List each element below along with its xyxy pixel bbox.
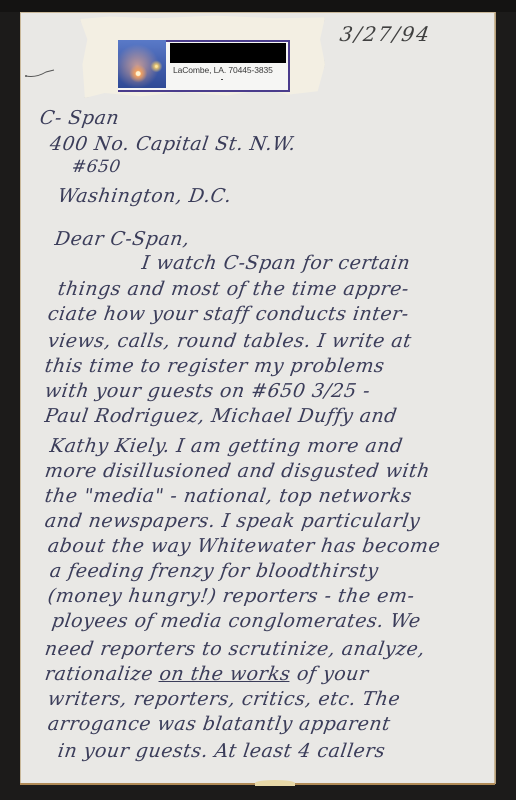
body-line: (money hungry!) reporters - the em- [46,585,416,607]
recipient-suite: #650 [71,157,123,177]
body-line: the "media" - national, top networks [43,485,413,507]
paper-stain [255,780,295,786]
redacted-name [170,43,286,63]
body-line: arrogance was blatantly apparent [46,713,391,735]
body-line: this time to register my problems [43,355,386,377]
body-line: rationalize on the works of your [43,663,370,685]
body-line: a feeding frenzy for bloodthirsty [48,560,380,582]
body-line: ployees of media conglomerates. We [50,610,422,632]
body-text: of your [289,663,370,685]
return-address-city: LaCombe, LA. 70445-3835 [173,65,288,75]
body-line: need reporters to scrutinize, analyze, [43,638,426,660]
stray-pen-mark [24,66,64,80]
body-line: writers, reporters, critics, etc. The [46,688,401,710]
body-line: and newspapers. I speak particularly [43,510,421,532]
body-line: about the way Whitewater has become [46,535,441,557]
recipient-name: C- Span [38,107,120,129]
body-line: with your guests on #650 3/25 - [43,380,371,402]
body-text: rationalize [43,663,161,685]
body-line: views, calls, round tables. I write at [46,330,413,352]
recipient-city: Washington, D.C. [56,185,233,207]
letter-date: 3/27/94 [338,22,432,46]
body-line: things and most of the time appre- [56,278,410,300]
body-line: in your guests. At least 4 callers [56,740,386,762]
paper-edge [495,12,496,784]
label-dot [221,79,223,80]
body-line: ciate how your staff conducts inter- [46,303,410,325]
recipient-street: 400 No. Capital St. N.W. [48,133,297,155]
scanner-frame-top [0,0,516,12]
salutation: Dear C-Span, [53,228,191,250]
body-line: Kathy Kiely. I am getting more and [48,435,404,457]
body-line: Paul Rodriguez, Michael Duffy and [43,405,398,427]
body-line: I watch C-Span for certain [140,252,411,274]
fireworks-image-icon [118,40,166,88]
underlined-phrase: on the works [158,663,292,685]
body-line: more disillusioned and disgusted with [43,460,431,482]
